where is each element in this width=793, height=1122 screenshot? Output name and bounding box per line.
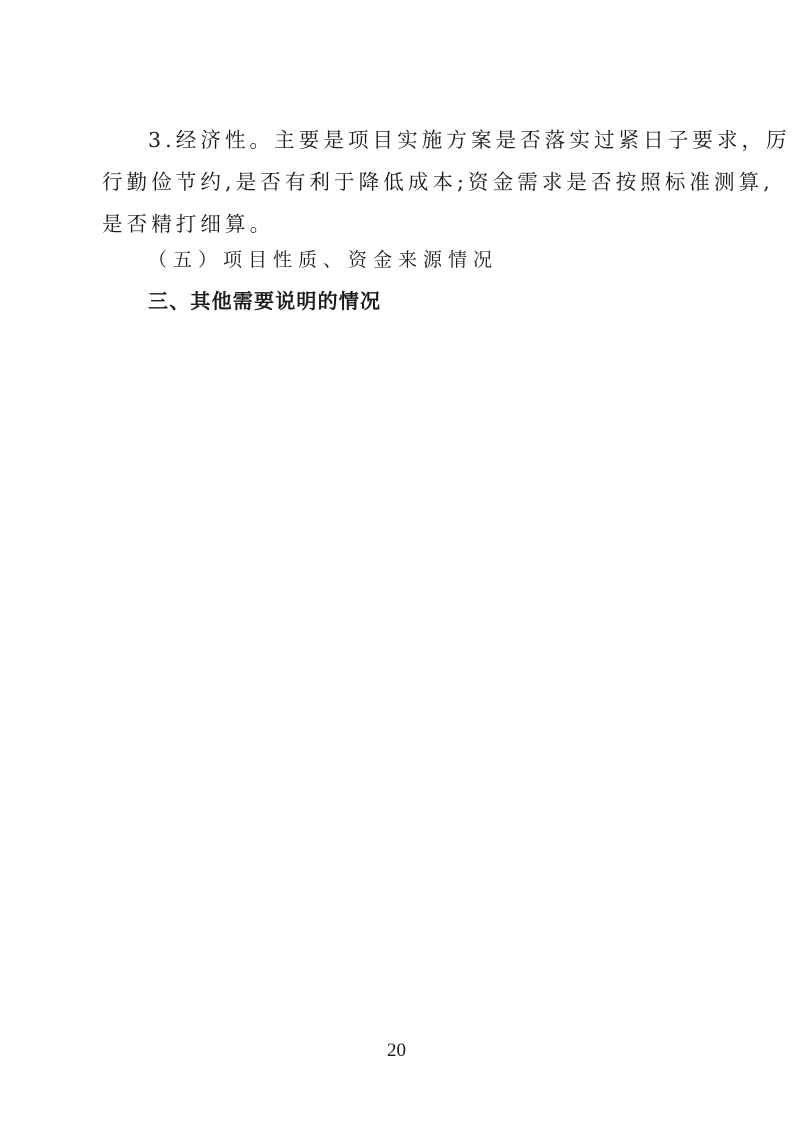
document-page: 3.经济性。主要是项目实施方案是否落实过紧日子要求，厉 行勤俭节约,是否有利于降… <box>0 0 793 1122</box>
paragraph-economy-line-3: 是否精打细算。 <box>102 210 274 238</box>
paragraph-economy-line-1: 3.经济性。主要是项目实施方案是否落实过紧日子要求，厉 <box>148 126 791 154</box>
paragraph-economy-line-2: 行勤俭节约,是否有利于降低成本;资金需求是否按照标准测算, <box>102 168 774 196</box>
page-number: 20 <box>0 1040 793 1062</box>
section-heading-other-matters: 三、其他需要说明的情况 <box>148 287 381 315</box>
subheading-project-nature-funding: （五）项目性质、资金来源情况 <box>148 246 498 274</box>
